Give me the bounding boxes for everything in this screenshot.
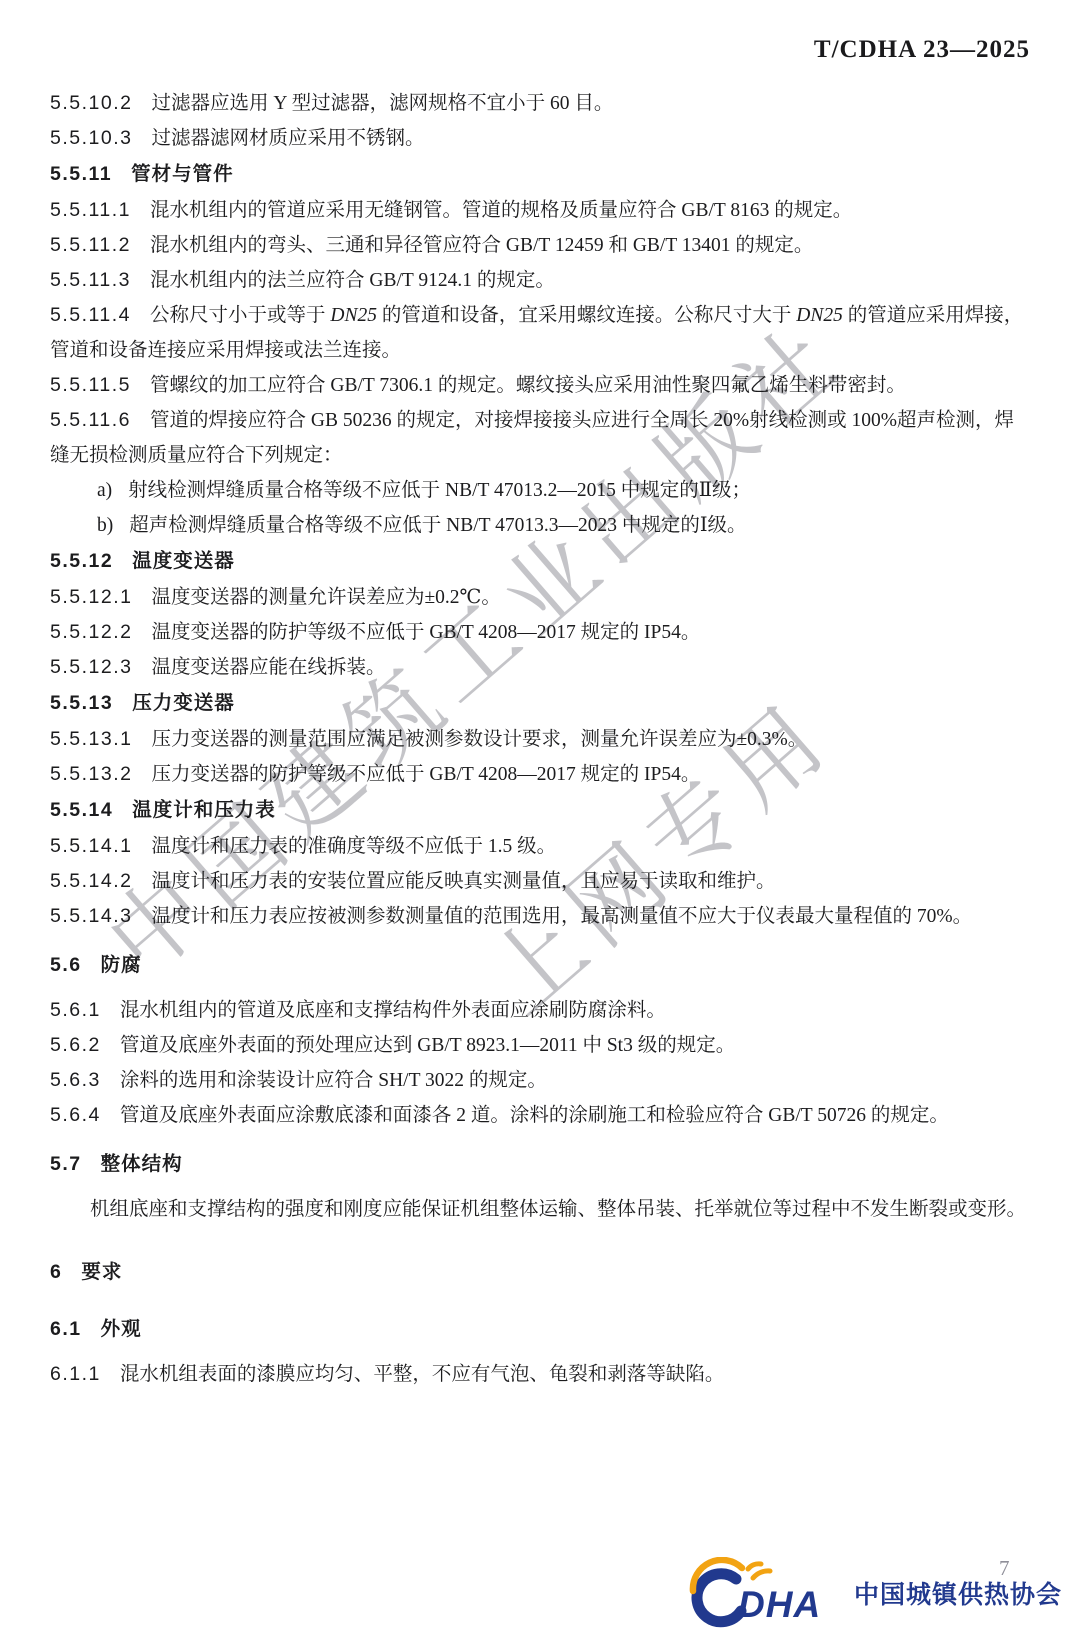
clause: 5.5.13.1压力变送器的测量范围应满足被测参数设计要求，测量允许误差应为±0… <box>50 722 1032 757</box>
clause-number: 5.6 <box>50 954 82 976</box>
clause: 5.5.11.3混水机组内的法兰应符合 GB/T 9124.1 的规定。 <box>50 263 1032 298</box>
clause: 5.5.11.6管道的焊接应符合 GB 50236 的规定，对接焊接接头应进行全… <box>50 403 1032 473</box>
clause-number: 5.5.12.3 <box>50 656 132 678</box>
clause-number: 5.5.13 <box>50 692 113 714</box>
clause: 5.5.11.4公称尺寸小于或等于 DN25 的管道和设备，宜采用螺纹连接。公称… <box>50 298 1032 368</box>
clause-number: 6.1.1 <box>50 1363 101 1385</box>
association-name: 中国城镇供热协会 <box>854 1575 1062 1611</box>
clause-text: 涂料的选用和涂装设计应符合 SH/T 3022 的规定。 <box>120 1070 547 1091</box>
clause: 5.5.12.1温度变送器的测量允许误差应为±0.2℃。 <box>50 580 1032 615</box>
section-heading: 5.6防腐 <box>50 948 1032 983</box>
clause-number: 5.5.13.2 <box>50 763 132 785</box>
clause-number: 5.5.11.6 <box>50 409 131 431</box>
section-heading: 6要求 <box>50 1255 1032 1290</box>
clause-number: 6 <box>50 1261 62 1283</box>
clause-text: 外观 <box>101 1318 142 1340</box>
clause-number: 5.7 <box>50 1153 82 1175</box>
clause: 5.5.13.2压力变送器的防护等级不应低于 GB/T 4208—2017 规定… <box>50 757 1032 792</box>
clause-text: 管道及底座外表面应涂敷底漆和面漆各 2 道。涂料的涂刷施工和检验应符合 GB/T… <box>120 1105 949 1126</box>
clause-number: 5.6.3 <box>50 1069 101 1091</box>
clause-number: 5.5.14.2 <box>50 870 132 892</box>
clause-text: 混水机组内的管道应采用无缝钢管。管道的规格及质量应符合 GB/T 8163 的规… <box>150 200 852 221</box>
sub-heading: 5.5.13压力变送器 <box>50 686 1032 721</box>
cdha-logo-icon: DHA <box>686 1557 844 1629</box>
cdha-logo-text: DHA <box>738 1584 821 1625</box>
section-heading: 6.1外观 <box>50 1312 1032 1347</box>
clause-text: 过滤器滤网材质应采用不锈钢。 <box>151 128 424 149</box>
clause-text: 混水机组表面的漆膜应均匀、平整，不应有气泡、龟裂和剥落等缺陷。 <box>120 1364 725 1385</box>
clause-text: 温度计和压力表 <box>132 799 276 821</box>
sub-heading: 5.5.11管材与管件 <box>50 157 1032 192</box>
clause-number: 5.5.10.3 <box>50 127 132 149</box>
clause-number: 6.1 <box>50 1318 82 1340</box>
clause: 5.5.14.2温度计和压力表的安装位置应能反映真实测量值，且应易于读取和维护。 <box>50 864 1032 899</box>
clause: 5.5.14.3温度计和压力表应按被测参数测量值的范围选用，最高测量值不应大于仪… <box>50 899 1032 934</box>
clause: 5.5.10.2过滤器应选用 Y 型过滤器，滤网规格不宜小于 60 目。 <box>50 86 1032 121</box>
clause-number: 5.5.14 <box>50 799 113 821</box>
standard-code-header: T/CDHA 23—2025 <box>814 36 1030 64</box>
list-item: a)射线检测焊缝质量合格等级不应低于 NB/T 47013.2—2015 中规定… <box>50 473 1032 508</box>
clause: 5.5.10.3过滤器滤网材质应采用不锈钢。 <box>50 121 1032 156</box>
clause-number: 5.5.11.2 <box>50 234 131 256</box>
clause-text: 温度计和压力表的准确度等级不应低于 1.5 级。 <box>151 836 556 857</box>
clause: 5.6.4管道及底座外表面应涂敷底漆和面漆各 2 道。涂料的涂刷施工和检验应符合… <box>50 1098 1032 1133</box>
clause-text: 公称尺寸小于或等于 DN25 的管道和设备，宜采用螺纹连接。公称尺寸大于 DN2… <box>50 305 1023 361</box>
clause-text: 防腐 <box>101 954 142 976</box>
clause-text: 管材与管件 <box>131 163 234 185</box>
clause: 5.5.12.2温度变送器的防护等级不应低于 GB/T 4208—2017 规定… <box>50 615 1032 650</box>
clause-number: 5.5.10.2 <box>50 92 132 114</box>
clause-number: 5.5.12.2 <box>50 621 132 643</box>
list-item: b)超声检测焊缝质量合格等级不应低于 NB/T 47013.3—2023 中规定… <box>50 508 1032 543</box>
content-blocks: 5.5.10.2过滤器应选用 Y 型过滤器，滤网规格不宜小于 60 目。5.5.… <box>50 86 1032 1392</box>
clause: 5.5.11.1混水机组内的管道应采用无缝钢管。管道的规格及质量应符合 GB/T… <box>50 193 1032 228</box>
clause-text: 混水机组内的管道及底座和支撑结构件外表面应涂刷防腐涂料。 <box>120 1000 666 1021</box>
clause-number: 5.5.11.3 <box>50 269 131 291</box>
clause-text: 管道及底座外表面的预处理应达到 GB/T 8923.1—2011 中 St3 级… <box>120 1035 735 1056</box>
paragraph: 机组底座和支撑结构的强度和刚度应能保证机组整体运输、整体吊装、托举就位等过程中不… <box>50 1192 1032 1227</box>
clause: 6.1.1混水机组表面的漆膜应均匀、平整，不应有气泡、龟裂和剥落等缺陷。 <box>50 1357 1032 1392</box>
clause-text: 压力变送器的测量范围应满足被测参数设计要求，测量允许误差应为±0.3%。 <box>151 729 807 750</box>
clause-text: 温度变送器 <box>132 550 235 572</box>
clause-number: b) <box>97 515 113 536</box>
clause-number: 5.5.11.1 <box>50 199 131 221</box>
clause-text: 管道的焊接应符合 GB 50236 的规定，对接焊接接头应进行全周长 20%射线… <box>50 410 1014 466</box>
clause-text: 压力变送器的防护等级不应低于 GB/T 4208—2017 规定的 IP54。 <box>151 764 700 785</box>
clause-text: 整体结构 <box>101 1153 183 1175</box>
clause-number: 5.5.11.4 <box>50 304 131 326</box>
clause-number: 5.5.12.1 <box>50 586 132 608</box>
clause: 5.6.3涂料的选用和涂装设计应符合 SH/T 3022 的规定。 <box>50 1063 1032 1098</box>
clause-text: 混水机组内的弯头、三通和异径管应符合 GB/T 12459 和 GB/T 134… <box>150 235 813 256</box>
clause-text: 射线检测焊缝质量合格等级不应低于 NB/T 47013.2—2015 中规定的Ⅱ… <box>128 480 751 501</box>
page-number: 7 <box>999 1556 1010 1581</box>
clause: 5.6.1混水机组内的管道及底座和支撑结构件外表面应涂刷防腐涂料。 <box>50 993 1032 1028</box>
clause-number: 5.5.11.5 <box>50 374 131 396</box>
clause-number: 5.5.11 <box>50 163 112 185</box>
clause-number: 5.5.13.1 <box>50 728 132 750</box>
clause-number: 5.6.4 <box>50 1104 101 1126</box>
clause: 5.5.14.1温度计和压力表的准确度等级不应低于 1.5 级。 <box>50 829 1032 864</box>
document-page: T/CDHA 23—2025 中国建筑工业出版社 上网专用 5.5.10.2过滤… <box>0 0 1080 1639</box>
clause-text: 温度变送器应能在线拆装。 <box>151 657 385 678</box>
section-heading: 5.7整体结构 <box>50 1147 1032 1182</box>
sub-heading: 5.5.12温度变送器 <box>50 544 1032 579</box>
clause: 5.5.11.5管螺纹的加工应符合 GB/T 7306.1 的规定。螺纹接头应采… <box>50 368 1032 403</box>
clause-text: 温度计和压力表应按被测参数测量值的范围选用，最高测量值不应大于仪表最大量程值的 … <box>151 906 972 927</box>
clause-text: 温度变送器的测量允许误差应为±0.2℃。 <box>151 587 500 608</box>
clause-number: 5.5.14.3 <box>50 905 132 927</box>
clause: 5.5.12.3温度变送器应能在线拆装。 <box>50 650 1032 685</box>
clause-number: a) <box>97 480 112 501</box>
clause-text: 温度变送器的防护等级不应低于 GB/T 4208—2017 规定的 IP54。 <box>151 622 700 643</box>
clause: 5.5.11.2混水机组内的弯头、三通和异径管应符合 GB/T 12459 和 … <box>50 228 1032 263</box>
clause-text: 管螺纹的加工应符合 GB/T 7306.1 的规定。螺纹接头应采用油性聚四氟乙烯… <box>150 375 906 396</box>
sub-heading: 5.5.14温度计和压力表 <box>50 793 1032 828</box>
clause-text: 超声检测焊缝质量合格等级不应低于 NB/T 47013.3—2023 中规定的Ⅰ… <box>129 515 746 536</box>
clause-text: 压力变送器 <box>132 692 235 714</box>
clause-text: 混水机组内的法兰应符合 GB/T 9124.1 的规定。 <box>150 270 555 291</box>
clause-number: 5.6.1 <box>50 999 101 1021</box>
clause-number: 5.5.12 <box>50 550 113 572</box>
clause-number: 5.6.2 <box>50 1034 101 1056</box>
clause-text: 机组底座和支撑结构的强度和刚度应能保证机组整体运输、整体吊装、托举就位等过程中不… <box>90 1199 1026 1220</box>
clause-text: 过滤器应选用 Y 型过滤器，滤网规格不宜小于 60 目。 <box>151 93 613 114</box>
clause-number: 5.5.14.1 <box>50 835 132 857</box>
clause: 5.6.2管道及底座外表面的预处理应达到 GB/T 8923.1—2011 中 … <box>50 1028 1032 1063</box>
clause-text: 要求 <box>81 1261 122 1283</box>
clause-text: 温度计和压力表的安装位置应能反映真实测量值，且应易于读取和维护。 <box>151 871 775 892</box>
